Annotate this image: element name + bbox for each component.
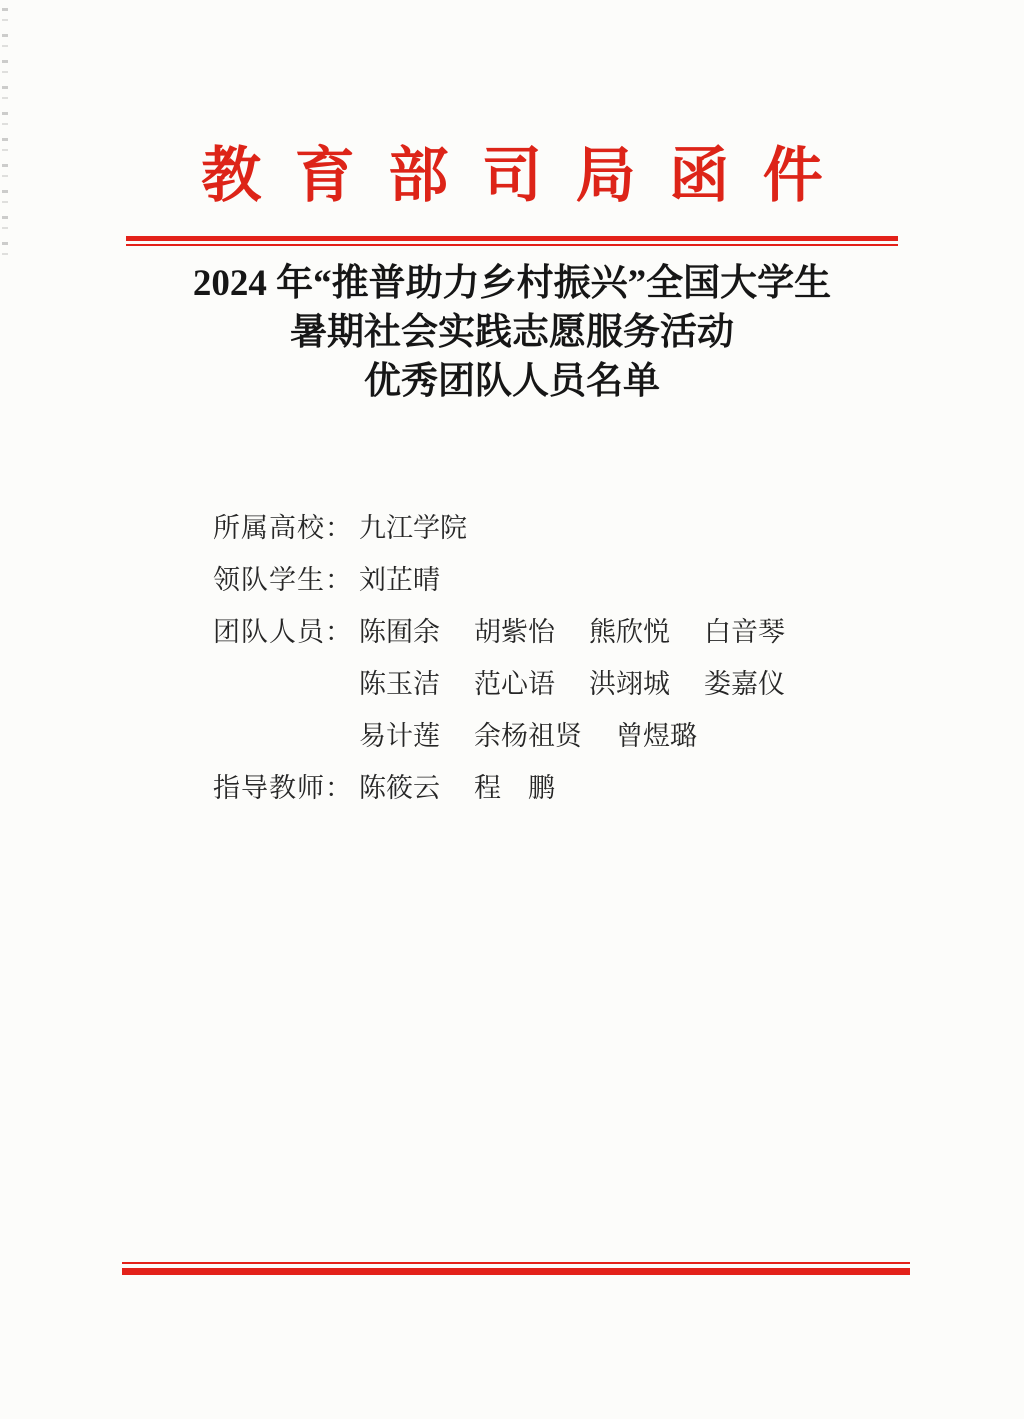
team-member: 陈玉洁 bbox=[359, 658, 440, 710]
team-member: 娄嘉仪 bbox=[704, 658, 785, 710]
masthead-divider bbox=[126, 236, 898, 246]
team-row-3: 易计莲 余杨祖贤 曾煜璐 bbox=[359, 710, 785, 762]
team-member: 陈囿余 bbox=[359, 606, 440, 658]
team-member: 余杨祖贤 bbox=[474, 710, 582, 762]
title-line-2: 暑期社会实践志愿服务活动 bbox=[0, 308, 1024, 357]
field-leader-label: 领队学生： bbox=[213, 554, 353, 606]
field-leader: 领队学生： 刘芷晴 bbox=[213, 554, 1024, 606]
teacher-names: 陈筱云 程 鹏 bbox=[359, 762, 555, 814]
team-member: 胡紫怡 bbox=[474, 606, 555, 658]
field-team: 团队人员： 陈囿余 胡紫怡 熊欣悦 白音琴 陈玉洁 范心语 洪翊城 娄嘉仪 易计… bbox=[213, 606, 1024, 762]
team-member-rows: 陈囿余 胡紫怡 熊欣悦 白音琴 陈玉洁 范心语 洪翊城 娄嘉仪 易计莲 余杨祖贤… bbox=[353, 606, 785, 762]
field-teacher: 指导教师： 陈筱云 程 鹏 bbox=[213, 762, 1024, 814]
document-body: 所属高校： 九江学院 领队学生： 刘芷晴 团队人员： 陈囿余 胡紫怡 熊欣悦 白… bbox=[0, 502, 1024, 814]
title-line-3: 优秀团队人员名单 bbox=[0, 357, 1024, 406]
team-member: 范心语 bbox=[474, 658, 555, 710]
team-member: 易计莲 bbox=[359, 710, 440, 762]
teacher-name: 陈筱云 bbox=[359, 762, 440, 814]
divider-thin-line bbox=[126, 244, 898, 246]
team-member: 洪翊城 bbox=[589, 658, 670, 710]
team-member: 白音琴 bbox=[704, 606, 785, 658]
document-title: 2024 年“推普助力乡村振兴”全国大学生 暑期社会实践志愿服务活动 优秀团队人… bbox=[0, 259, 1024, 406]
field-team-label: 团队人员： bbox=[213, 606, 353, 658]
teacher-name: 程 鹏 bbox=[474, 762, 555, 814]
title-line-1: 2024 年“推普助力乡村振兴”全国大学生 bbox=[0, 259, 1024, 308]
field-school: 所属高校： 九江学院 bbox=[213, 502, 1024, 554]
field-school-label: 所属高校： bbox=[213, 502, 353, 554]
field-teacher-label: 指导教师： bbox=[213, 762, 353, 814]
field-leader-value: 刘芷晴 bbox=[359, 554, 440, 606]
team-member: 曾煜璐 bbox=[616, 710, 697, 762]
document-page: 教育部司局函件 2024 年“推普助力乡村振兴”全国大学生 暑期社会实践志愿服务… bbox=[0, 0, 1024, 1419]
masthead-title: 教育部司局函件 bbox=[0, 136, 1024, 216]
field-school-value: 九江学院 bbox=[359, 502, 467, 554]
team-row-1: 陈囿余 胡紫怡 熊欣悦 白音琴 bbox=[359, 606, 785, 658]
divider-thick-line bbox=[122, 1268, 910, 1275]
team-row-2: 陈玉洁 范心语 洪翊城 娄嘉仪 bbox=[359, 658, 785, 710]
team-member: 熊欣悦 bbox=[589, 606, 670, 658]
scan-edge-artifact bbox=[1, 8, 10, 263]
footer-divider bbox=[122, 1262, 910, 1275]
